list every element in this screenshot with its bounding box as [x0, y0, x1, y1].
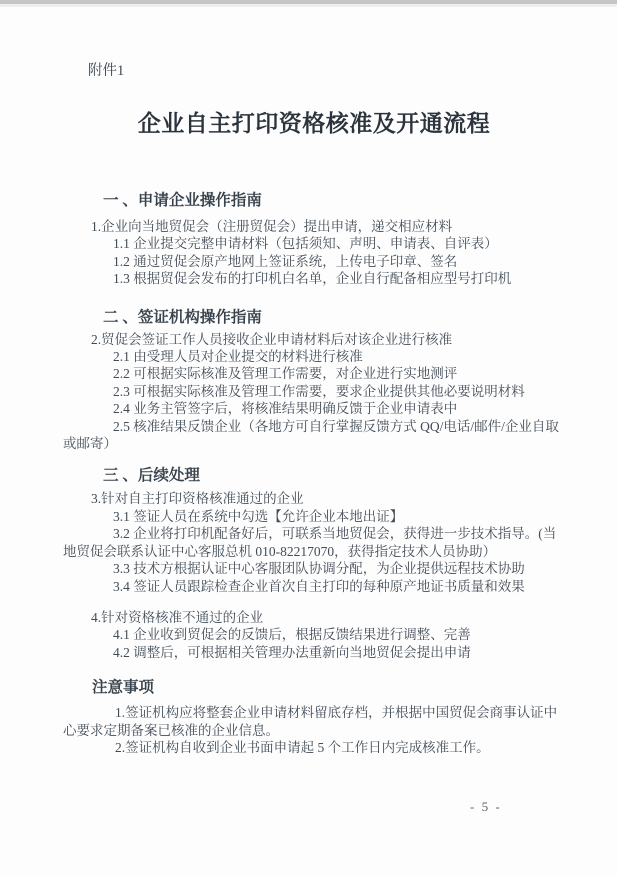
- section-heading-visa-agency-guide: 二 、签证机构操作指南: [103, 307, 565, 328]
- document-title: 企业自主打印资格核准及开通流程: [63, 107, 565, 140]
- attachment-label: 附件1: [88, 62, 565, 81]
- section-heading-follow-up: 三 、后续处理: [103, 465, 565, 486]
- note-paragraph-2: 2.签证机构自收到企业书面申请起 5 个工作日内完成核准工作。: [63, 739, 565, 756]
- paragraph-2-3: 2.3 可根据实际核准及管理工作需要，要求企业提供其他必要说明材料: [63, 383, 565, 400]
- section-heading-applicant-guide: 一 、申请企业操作指南: [103, 190, 565, 211]
- paragraph-3-1: 3.1 签证人员在系统中勾选【允许企业本地出证】: [63, 508, 565, 525]
- paragraph-3-2: 3.2 企业将打印机配备好后，可联系当地贸促会，获得进一步技术指导。(当地贸促会…: [63, 525, 565, 560]
- section-heading-notes: 注意事项: [92, 677, 565, 698]
- paragraph-1-1: 1.1 企业提交完整申请材料（包括须知、声明、申请表、自评表）: [63, 235, 565, 252]
- paragraph-2-1: 2.1 由受理人员对企业提交的材料进行核准: [63, 348, 565, 365]
- paragraph-3: 3.针对自主打印资格核准通过的企业: [63, 490, 565, 507]
- document-content: 附件1 企业自主打印资格核准及开通流程 一 、申请企业操作指南 1.企业向当地贸…: [0, 0, 617, 756]
- paragraph-3-4: 3.4 签证人员跟踪检查企业首次自主打印的每种原产地证书质量和效果: [63, 578, 565, 595]
- paragraph-1: 1.企业向当地贸促会（注册贸促会）提出申请，递交相应材料: [63, 218, 565, 235]
- paragraph-2-2: 2.2 可根据实际核准及管理工作需要，对企业进行实地测评: [63, 365, 565, 382]
- paragraph-1-2: 1.2 通过贸促会原产地网上签证系统，上传电子印章、签名: [63, 253, 565, 270]
- paragraph-4: 4.针对资格核准不通过的企业: [63, 609, 565, 626]
- note-paragraph-1: 1.签证机构应将整套企业申请材料留底存档，并根据中国贸促会商事认证中心要求定期备…: [63, 704, 565, 739]
- paragraph-3-3: 3.3 技术方根据认证中心客服团队协调分配，为企业提供远程技术协助: [63, 560, 565, 577]
- paragraph-2: 2.贸促会签证工作人员接收企业申请材料后对该企业进行核准: [63, 331, 565, 348]
- paragraph-4-1: 4.1 企业收到贸促会的反馈后，根据反馈结果进行调整、完善: [63, 626, 565, 643]
- scanned-document-page: 附件1 企业自主打印资格核准及开通流程 一 、申请企业操作指南 1.企业向当地贸…: [0, 0, 617, 876]
- paragraph-1-3: 1.3 根据贸促会发布的打印机白名单，企业自行配备相应型号打印机: [63, 270, 565, 287]
- page-number: - 5 -: [470, 799, 502, 815]
- paragraph-2-5: 2.5 核准结果反馈企业（各地方可自行掌握反馈方式 QQ/电话/邮件/企业自取或…: [63, 418, 565, 453]
- paragraph-4-2: 4.2 调整后，可根据相关管理办法重新向当地贸促会提出申请: [63, 644, 565, 661]
- paragraph-2-4: 2.4 业务主管签字后，将核准结果明确反馈于企业申请表中: [63, 400, 565, 417]
